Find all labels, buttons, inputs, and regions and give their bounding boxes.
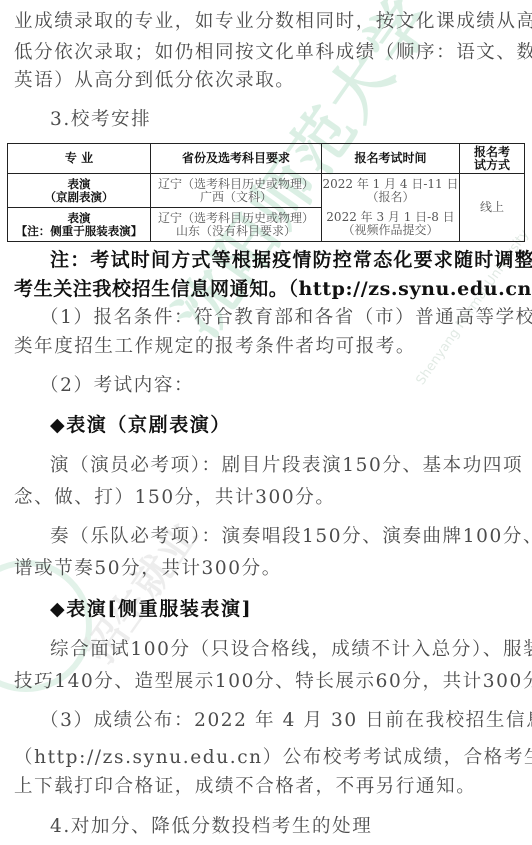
section-title: 3.校考安排 [50,110,151,130]
item-line: （http://zs.synu.edu.cn）公布校考考试成绩，合格考生可在网 [14,748,532,768]
header-time: 报名考试时间 [322,144,460,174]
subsection-line: 奏（乐队必考项）：演奏唱段150分、演奏曲牌100分、视唱乐 [50,527,532,547]
section-title: 4.对加分、降低分数投档考生的处理 [50,817,372,837]
header-method: 报名考 试方式 [460,144,525,174]
header-method-line: 报名考 [460,146,524,159]
province-line: 辽宁（选考科目历史或物理） [151,212,321,225]
schedule-table: 专 业 省份及选考科目要求 报名考试时间 报名考 试方式 表演 （京剧表演） 辽… [7,143,525,242]
cell-province: 辽宁（选考科目历史或物理） 广西（文科） [151,174,322,208]
province-line: 山东（没有科目要求） [151,225,321,238]
paragraph-line: 业成绩录取的专业，如专业分数相同时，按文化课成绩从高分到 [14,12,532,32]
major-note: （京剧表演） [8,191,150,204]
cell-time: 2022 年 1 月 4 日-11 日 （报名） 2022 年 3 月 1 日-… [322,174,460,242]
date-note: （视频作品提交） [322,224,459,237]
subsection-line: 谱或节奏50分，共计300分。 [14,559,282,579]
subsection-line: 演（演员必考项）：剧目片段表演150分、基本功四项（唱、 [50,456,532,476]
date-entry: 2022 年 3 月 1 日-8 日 （视频作品提交） [322,211,459,237]
subsection-title: ◆表演[侧重服装表演] [50,599,252,619]
major-note: 【注：侧重于服装表演】 [8,225,150,238]
item-line: 上下载打印合格证，成绩不合格者，不再另行通知。 [14,777,476,797]
subsection-line: 综合面试100分（只设合格线，成绩不计入总分）、服装表演 [50,640,532,660]
header-province: 省份及选考科目要求 [151,144,322,174]
province-line: 辽宁（选考科目历史或物理） [151,178,321,191]
date-note: （报名） [322,191,459,204]
cell-method: 线上 [460,174,525,242]
date-entry: 2022 年 1 月 4 日-11 日 （报名） [322,178,459,204]
subsection-title: ◆表演（京剧表演） [50,415,231,435]
note-line: 注：考试时间方式等根据疫情防控常态化要求随时调整，请 [50,250,532,270]
table-header-row: 专 业 省份及选考科目要求 报名考试时间 报名考 试方式 [8,144,525,174]
header-major: 专 业 [8,144,151,174]
paragraph-line: 英语）从高分到低分依次录取。 [14,71,295,91]
document-page: 沈阳师范大学 Shenyang Normal University 招生就业 业… [0,0,532,845]
major-name: 表演 [8,212,150,225]
item-line: （1）报名条件：符合教育部和各省（市）普通高等学校艺术 [40,308,532,328]
item-line: （3）成绩公布：2022 年 4 月 30 日前在我校招生信息网 [40,711,532,731]
cell-major: 表演 （京剧表演） [8,174,151,208]
table-row: 表演 （京剧表演） 辽宁（选考科目历史或物理） 广西（文科） 2022 年 1 … [8,174,525,208]
subsection-line: 念、做、打）150分，共计300分。 [14,488,335,508]
note-line: 考生关注我校招生信息网通知。（http://zs.synu.edu.cn） [14,279,532,299]
cell-province: 辽宁（选考科目历史或物理） 山东（没有科目要求） [151,208,322,242]
province-line: 广西（文科） [151,191,321,204]
subsection-line: 技巧140分、造型展示100分、特长展示60分，共计300分。 [14,672,532,692]
major-name: 表演 [8,178,150,191]
header-method-line: 试方式 [460,159,524,172]
paragraph-line: 低分依次录取；如仍相同按文化单科成绩（顺序：语文、数学、 [14,43,532,63]
item-title: （2）考试内容： [40,376,194,396]
item-line: 类年度招生工作规定的报考条件者均可报考。 [14,337,416,357]
cell-major: 表演 【注：侧重于服装表演】 [8,208,151,242]
